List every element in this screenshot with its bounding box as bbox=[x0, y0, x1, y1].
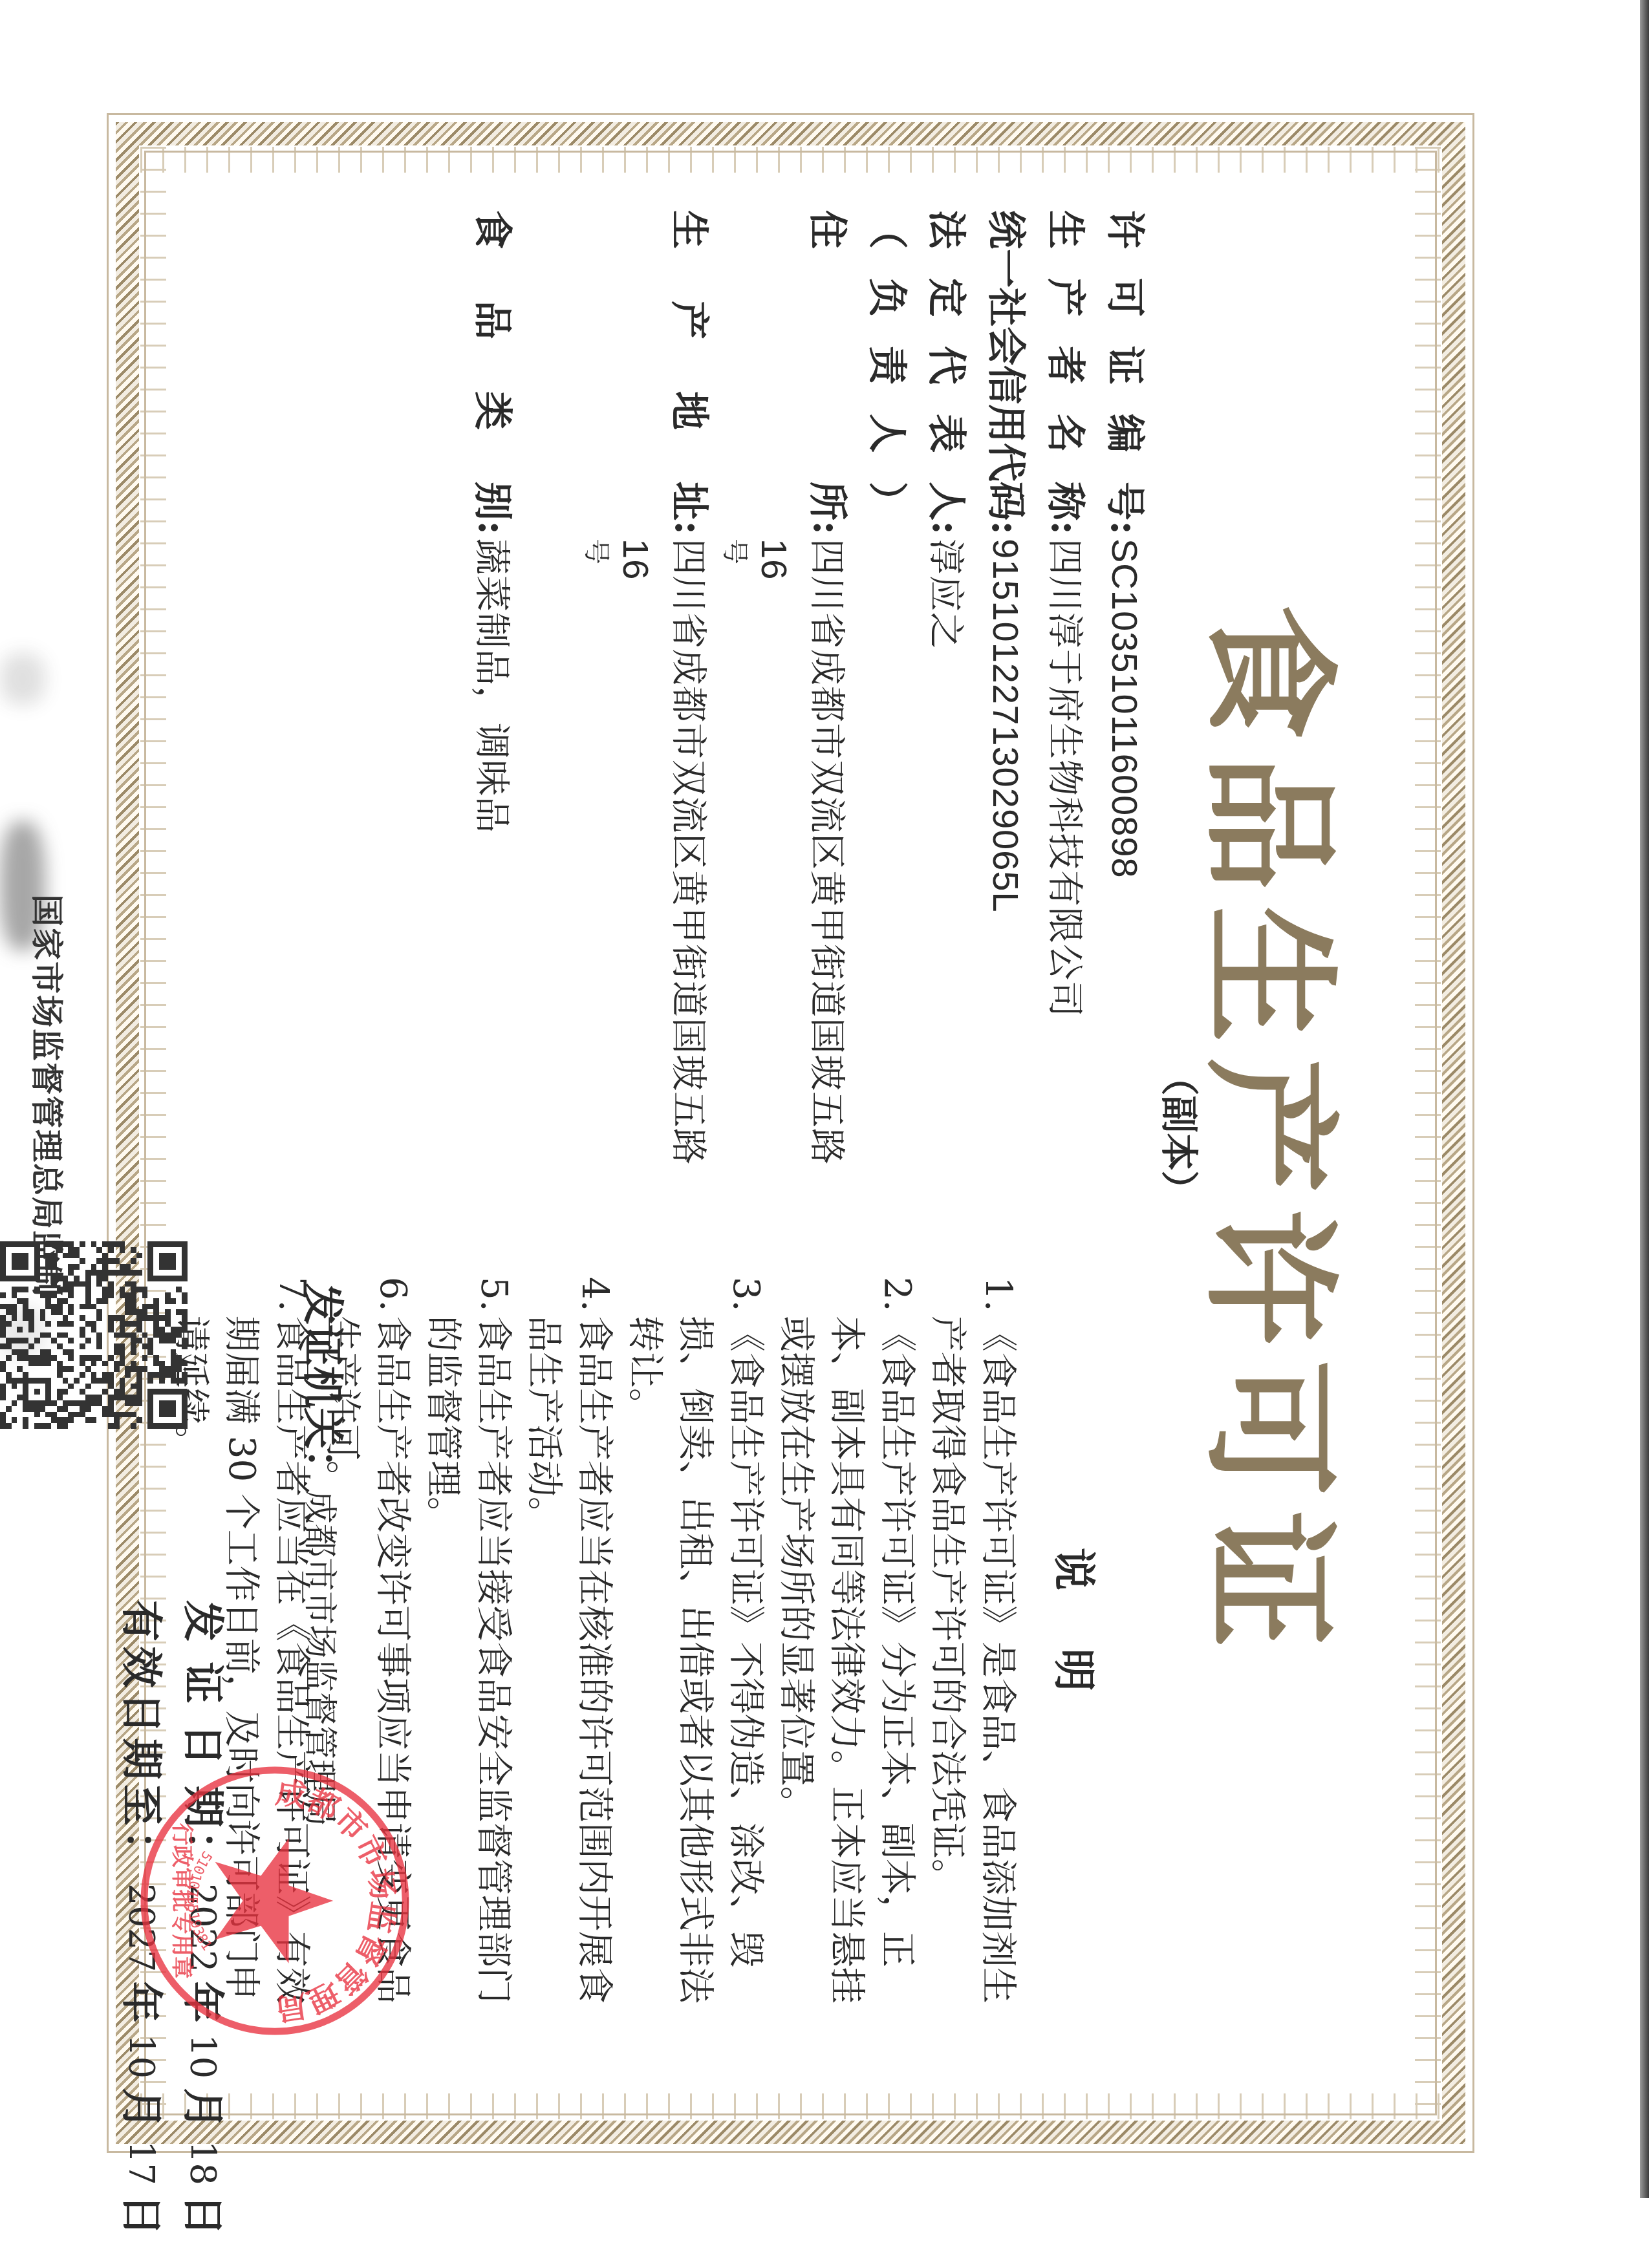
field-colon: : bbox=[920, 520, 973, 539]
field-value: 淳应之 bbox=[920, 539, 973, 649]
field-colon: : bbox=[979, 520, 1032, 539]
field-legal-representative-sub: （ 负 责 人 ） bbox=[860, 210, 913, 1180]
note-number: 1. bbox=[922, 1277, 1023, 1316]
imprint-text: 国家市场监督管理总局监制 bbox=[26, 894, 72, 1298]
note-number: 2. bbox=[771, 1277, 922, 1316]
note-number: 5. bbox=[418, 1277, 519, 1316]
field-value-wrapper: 四川省成都市双流区黄甲街道国玻五路16 号 bbox=[722, 539, 854, 1180]
field-label: 生 产 地 址 bbox=[662, 210, 715, 520]
field-value: 四川省成都市双流区黄甲街道国玻五路16 bbox=[616, 539, 709, 1165]
scanner-edge-shadow bbox=[1640, 0, 1649, 2198]
certificate-sheet: 食品生产许可证 （副本） 许 可 证 编 号 : SC1035101160089… bbox=[107, 113, 1474, 2153]
svg-text:行政审批专用章: 行政审批专用章 bbox=[169, 1823, 195, 1979]
month-unit: 月 bbox=[114, 2088, 168, 2129]
certificate-subtitle: （副本） bbox=[1155, 113, 1209, 2153]
note-item: 2.《食品生产许可证》分为正本、副本，正本、副本具有同等法律效力。正本应当悬挂或… bbox=[771, 1277, 922, 2020]
issuer-label: 发证机关： bbox=[298, 1283, 347, 1490]
qr-code[interactable] bbox=[0, 1241, 188, 1429]
certificate-title: 食品生产许可证 bbox=[1182, 113, 1377, 2153]
field-value-wrapper: 四川省成都市双流区黄甲街道国玻五路16 号 bbox=[583, 539, 715, 1180]
official-seal: 成都市市场监督管理局 5101075519381 行政审批专用章 bbox=[136, 1762, 414, 2040]
field-production-address: 生 产 地 址 : 四川省成都市双流区黄甲街道国玻五路16 号 bbox=[583, 210, 715, 1180]
field-value-wrap: 号 bbox=[722, 539, 748, 1180]
note-text: 《食品生产许可证》是食品、食品添加剂生产者取得食品生产许可的合法凭证。 bbox=[922, 1316, 1023, 2020]
qr-code-icon bbox=[0, 1241, 188, 1429]
field-colon: : bbox=[1098, 520, 1151, 539]
field-colon: : bbox=[662, 520, 715, 539]
day-unit: 日 bbox=[114, 2194, 168, 2236]
field-domicile: 住 所 : 四川省成都市双流区黄甲街道国玻五路16 号 bbox=[722, 210, 854, 1180]
notes-title: 说明 bbox=[1049, 1277, 1099, 2020]
field-label: 食 品 类 别 bbox=[466, 210, 519, 520]
license-fields: 许 可 证 编 号 : SC10351011600898 生 产 者 名 称 :… bbox=[459, 210, 1151, 1180]
issue-day: 18 bbox=[175, 2141, 230, 2185]
field-value: 蔬菜制品，调味品 bbox=[466, 539, 519, 833]
issue-month: 10 bbox=[175, 2034, 230, 2079]
valid-day: 17 bbox=[114, 2141, 168, 2185]
field-producer-name: 生 产 者 名 称 : 四川淳于府生物科技有限公司 bbox=[1039, 210, 1092, 1180]
note-item: 5.食品生产者应当接受食品安全监督管理部门的监督管理。 bbox=[418, 1277, 519, 2020]
field-license-number: 许 可 证 编 号 : SC10351011600898 bbox=[1098, 210, 1151, 1180]
field-label: 生 产 者 名 称 bbox=[1039, 210, 1092, 520]
field-label: 统一社会信用代码 bbox=[979, 210, 1032, 520]
note-text: 《食品生产许可证》不得伪造、涂改、毁损、倒卖、出租、出借或者以其他形式非法转让。 bbox=[620, 1316, 771, 2020]
field-value: 91510122713029065L bbox=[979, 539, 1032, 913]
field-colon: : bbox=[1039, 520, 1092, 539]
field-label: （ 负 责 人 ） bbox=[860, 210, 913, 520]
seal-star-icon: 成都市市场监督管理局 5101075519381 行政审批专用章 bbox=[136, 1762, 414, 2040]
field-value-wrap: 号 bbox=[583, 539, 609, 1180]
note-number: 4. bbox=[519, 1277, 620, 1316]
field-colon: : bbox=[466, 520, 519, 539]
note-item: 3.《食品生产许可证》不得伪造、涂改、毁损、倒卖、出租、出借或者以其他形式非法转… bbox=[620, 1277, 771, 2020]
scan-smudge bbox=[0, 653, 45, 705]
note-item: 4.食品生产者应当在核准的许可范围内开展食品生产活动。 bbox=[519, 1277, 620, 2020]
valid-month: 10 bbox=[114, 2034, 168, 2079]
note-text: 《食品生产许可证》分为正本、副本，正本、副本具有同等法律效力。正本应当悬挂或摆放… bbox=[771, 1316, 922, 2020]
note-item: 1.《食品生产许可证》是食品、食品添加剂生产者取得食品生产许可的合法凭证。 bbox=[922, 1277, 1023, 2020]
field-value: SC10351011600898 bbox=[1098, 539, 1151, 879]
field-label: 住 所 bbox=[801, 210, 854, 520]
field-colon: : bbox=[801, 520, 854, 539]
field-value: 四川淳于府生物科技有限公司 bbox=[1039, 539, 1092, 1018]
note-text: 食品生产者应当在核准的许可范围内开展食品生产活动。 bbox=[519, 1316, 620, 2020]
field-label: 许 可 证 编 号 bbox=[1098, 210, 1151, 520]
field-legal-representative: 法 定 代 表 人 : 淳应之 bbox=[920, 210, 973, 1180]
field-food-category: 食 品 类 别 : 蔬菜制品，调味品 bbox=[466, 210, 519, 1180]
field-credit-code: 统一社会信用代码 : 91510122713029065L bbox=[979, 210, 1032, 1180]
month-unit: 月 bbox=[175, 2088, 230, 2129]
issuing-authority: 发证机关：成都市市场监督管理局 bbox=[292, 1283, 349, 1826]
field-label: 法 定 代 表 人 bbox=[920, 210, 973, 520]
day-unit: 日 bbox=[175, 2194, 230, 2236]
field-value: 四川省成都市双流区黄甲街道国玻五路16 bbox=[754, 539, 848, 1165]
note-text: 食品生产者应当接受食品安全监督管理部门的监督管理。 bbox=[418, 1316, 519, 2020]
note-number: 3. bbox=[620, 1277, 771, 1316]
